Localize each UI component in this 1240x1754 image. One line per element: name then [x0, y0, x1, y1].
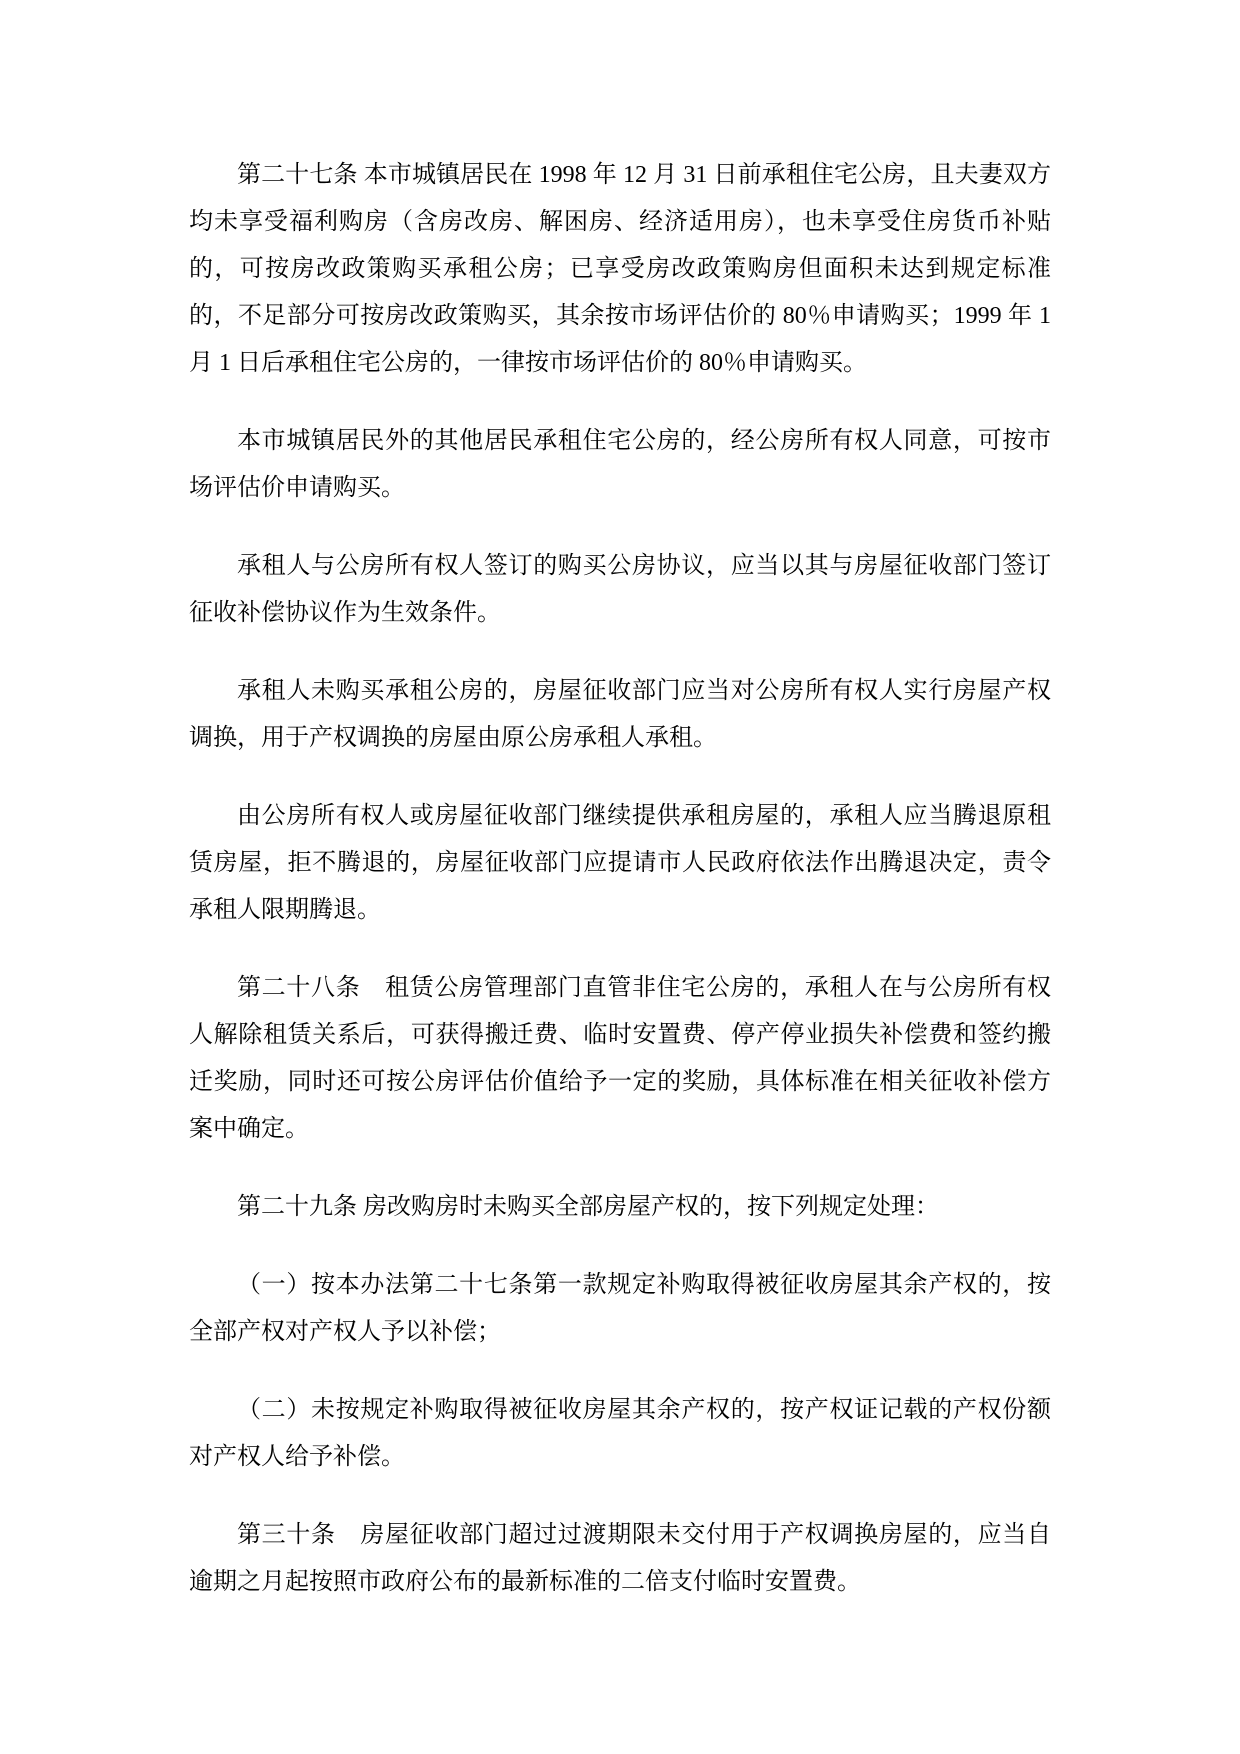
paragraph-article-30: 第三十条 房屋征收部门超过过渡期限未交付用于产权调换房屋的，应当自逾期之月起按照…: [189, 1512, 1051, 1606]
paragraph-article-29-item-1: （一）按本办法第二十七条第一款规定补购取得被征收房屋其余产权的，按全部产权对产权…: [189, 1262, 1051, 1356]
paragraph-article-29-item-2: （二）未按规定补购取得被征收房屋其余产权的，按产权证记载的产权份额对产权人给予补…: [189, 1387, 1051, 1481]
document-body: 第二十七条 本市城镇居民在 1998 年 12 月 31 日前承租住宅公房，且夫…: [189, 152, 1051, 1606]
paragraph-article-27-para-5: 由公房所有权人或房屋征收部门继续提供承租房屋的，承租人应当腾退原租赁房屋，拒不腾…: [189, 793, 1051, 934]
paragraph-article-27-main: 第二十七条 本市城镇居民在 1998 年 12 月 31 日前承租住宅公房，且夫…: [189, 152, 1051, 387]
paragraph-article-29-intro: 第二十九条 房改购房时未购买全部房屋产权的，按下列规定处理：: [189, 1184, 1051, 1231]
document-page: 第二十七条 本市城镇居民在 1998 年 12 月 31 日前承租住宅公房，且夫…: [0, 0, 1240, 1754]
paragraph-article-27-para-4: 承租人未购买承租公房的，房屋征收部门应当对公房所有权人实行房屋产权调换，用于产权…: [189, 668, 1051, 762]
paragraph-article-28: 第二十八条 租赁公房管理部门直管非住宅公房的，承租人在与公房所有权人解除租赁关系…: [189, 965, 1051, 1153]
paragraph-article-27-para-2: 本市城镇居民外的其他居民承租住宅公房的，经公房所有权人同意，可按市场评估价申请购…: [189, 418, 1051, 512]
paragraph-article-27-para-3: 承租人与公房所有权人签订的购买公房协议，应当以其与房屋征收部门签订征收补偿协议作…: [189, 543, 1051, 637]
